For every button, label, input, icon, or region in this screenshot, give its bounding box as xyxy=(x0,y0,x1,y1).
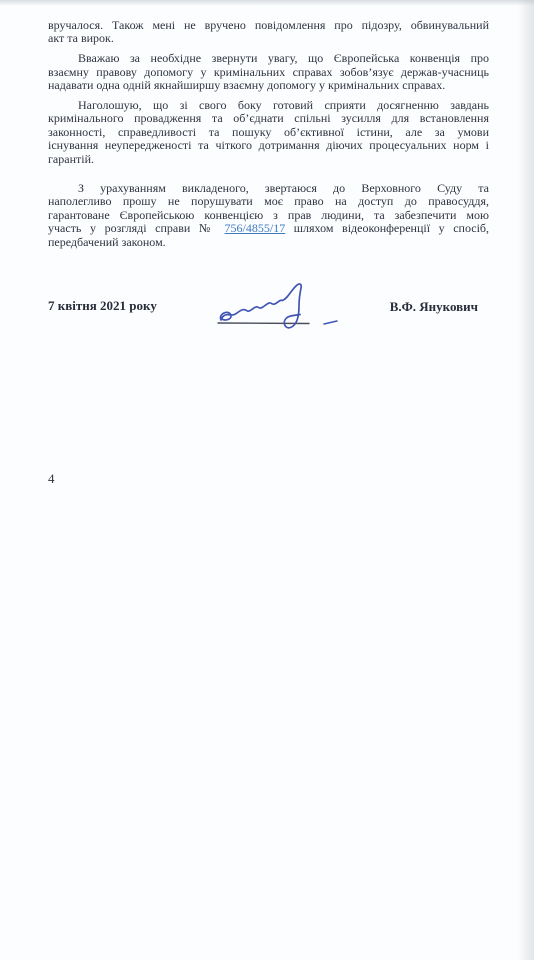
text-line: наполегливо прошу не порушувати моє прав… xyxy=(48,195,489,208)
paragraph-cooperation: Наголошую, що зі свого боку готовий спри… xyxy=(48,99,489,166)
case-number-prefix: участь у розгляді справи № xyxy=(48,221,216,235)
signature-stroke xyxy=(221,284,302,328)
case-number-suffix: шляхом відеоконференції у спосіб, xyxy=(294,221,489,235)
text-line: Наголошую, що зі свого боку готовий спри… xyxy=(48,99,489,112)
text-line: надавати одна одній якнайширшу взаємну д… xyxy=(48,79,489,92)
case-number-link[interactable]: 756/4855/17 xyxy=(225,221,286,235)
scan-edge-right xyxy=(518,0,534,960)
handwritten-signature xyxy=(205,282,345,350)
text-line: законності, справедливості та пошуку об’… xyxy=(48,126,489,139)
document-page: вручалося. Також мені не вручено повідом… xyxy=(0,0,534,960)
text-line: акт та вирок. xyxy=(48,32,489,45)
paragraph-convention: Вважаю за необхідне звернути увагу, що Є… xyxy=(48,52,489,92)
text-line: передбачений законом. xyxy=(48,236,489,249)
text-line: кримінального провадження та об’єднати с… xyxy=(48,112,489,125)
page-number: 4 xyxy=(48,471,55,487)
text-line: участь у розгляді справи № 756/4855/17 ш… xyxy=(48,222,489,235)
paragraph-request: З урахуванням викладеного, звертаюся до … xyxy=(48,182,489,249)
letter-body: вручалося. Також мені не вручено повідом… xyxy=(48,19,489,256)
paragraph-continuation: вручалося. Також мені не вручено повідом… xyxy=(48,19,489,46)
signatory-name: В.Ф. Янукович xyxy=(390,299,478,315)
text-line: гарантоване Європейською конвенцією з пр… xyxy=(48,209,489,222)
scan-edge-top xyxy=(0,0,534,6)
text-line: взаємну правову допомогу у кримінальних … xyxy=(48,66,489,79)
signature-dash xyxy=(324,321,337,324)
text-line: З урахуванням викладеного, звертаюся до … xyxy=(48,182,489,195)
text-line: існування неупередженості та чіткого дот… xyxy=(48,139,489,152)
text-line: Вважаю за необхідне звернути увагу, що Є… xyxy=(48,52,489,65)
signature-date: 7 квітня 2021 року xyxy=(48,298,157,314)
text-line: гарантій. xyxy=(48,153,489,166)
text-line: вручалося. Також мені не вручено повідом… xyxy=(48,19,489,32)
